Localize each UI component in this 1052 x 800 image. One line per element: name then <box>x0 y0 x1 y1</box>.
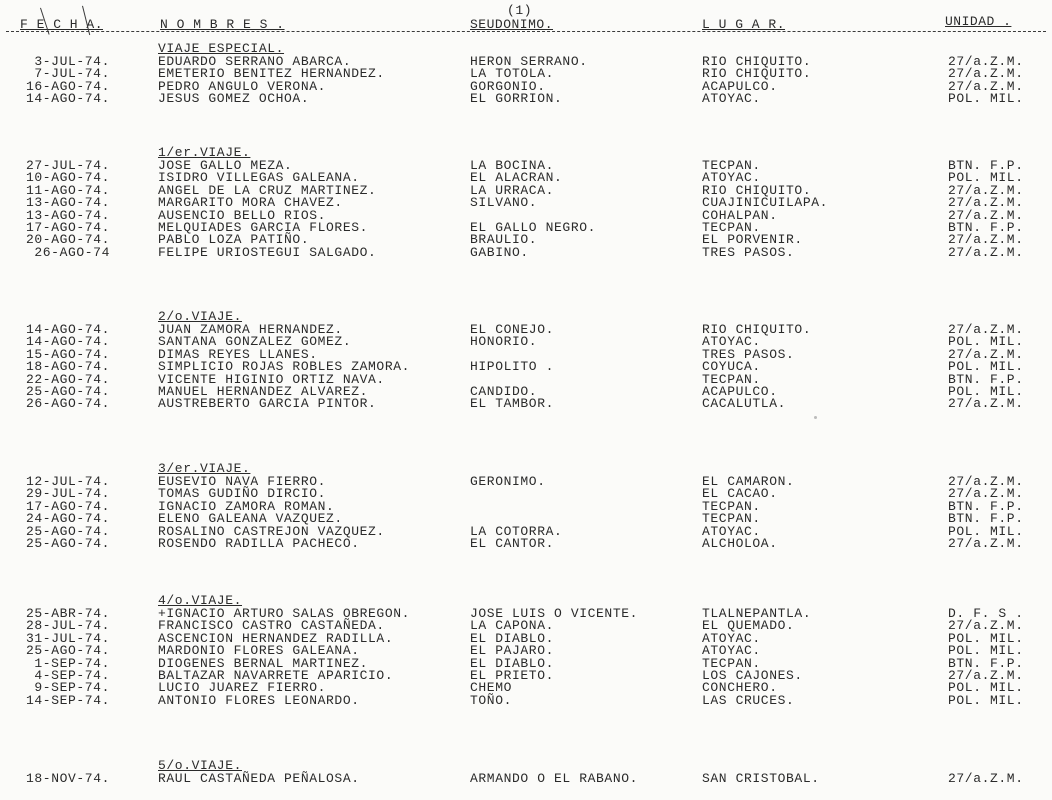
header-rule <box>6 31 1046 32</box>
unit-cell: POL. MIL. <box>948 694 1024 708</box>
table-row: 14-SEP-74.ANTONIO FLORES LEONARDO.TOÑO.L… <box>0 694 1052 708</box>
place-cell: ALCHOLOA. <box>702 537 778 551</box>
date-cell: 25-AGO-74. <box>26 537 110 551</box>
header-place: L U G A R. <box>702 17 785 32</box>
alias-cell: EL GORRION. <box>470 92 562 106</box>
place-cell: LAS CRUCES. <box>702 694 794 708</box>
name-cell: AUSTREBERTO GARCIA PINTOR. <box>158 397 376 411</box>
header-unit: UNIDAD . <box>945 14 1011 29</box>
table-row: 18-NOV-74.RAUL CASTAÑEDA PEÑALOSA.ARMAND… <box>0 772 1052 786</box>
table-row: 26-AGO-74FELIPE URIOSTEGUI SALGADO.GABIN… <box>0 246 1052 260</box>
place-cell: CACALUTLA. <box>702 397 786 411</box>
alias-cell: EL CANTOR. <box>470 537 554 551</box>
date-cell: 14-SEP-74. <box>26 694 110 708</box>
name-cell: RAUL CASTAÑEDA PEÑALOSA. <box>158 772 360 786</box>
table-row: 14-AGO-74.JESUS GOMEZ OCHOA.EL GORRION.A… <box>0 92 1052 106</box>
unit-cell: 27/a.Z.M. <box>948 246 1024 260</box>
table-row: 25-AGO-74.ROSENDO RADILLA PACHECO.EL CAN… <box>0 537 1052 551</box>
unit-cell: POL. MIL. <box>948 92 1024 106</box>
date-cell: 26-AGO-74 <box>34 246 110 260</box>
unit-cell: 27/a.Z.M. <box>948 397 1024 411</box>
place-cell: ATOYAC. <box>702 92 761 106</box>
alias-cell: GABINO. <box>470 246 529 260</box>
date-cell: 14-AGO-74. <box>26 92 110 106</box>
alias-cell: ARMANDO O EL RABANO. <box>470 772 638 786</box>
page-number: (1) <box>507 4 532 18</box>
place-cell: TRES PASOS. <box>702 246 794 260</box>
paper-speck <box>814 416 817 419</box>
header-alias: SEUDONIMO. <box>470 17 553 32</box>
unit-cell: 27/a.Z.M. <box>948 772 1024 786</box>
alias-cell: EL TAMBOR. <box>470 397 554 411</box>
typewritten-document-page: (1) F E C H A. N O M B R E S . SEUDONIMO… <box>0 0 1052 800</box>
name-cell: FELIPE URIOSTEGUI SALGADO. <box>158 246 376 260</box>
alias-cell: TOÑO. <box>470 694 512 708</box>
header-date: F E C H A. <box>20 17 103 32</box>
table-row: 26-AGO-74.AUSTREBERTO GARCIA PINTOR.EL T… <box>0 397 1052 411</box>
date-cell: 26-AGO-74. <box>26 397 110 411</box>
name-cell: ROSENDO RADILLA PACHECO. <box>158 537 360 551</box>
name-cell: JESUS GOMEZ OCHOA. <box>158 92 309 106</box>
unit-cell: 27/a.Z.M. <box>948 537 1024 551</box>
place-cell: SAN CRISTOBAL. <box>702 772 820 786</box>
name-cell: ANTONIO FLORES LEONARDO. <box>158 694 360 708</box>
date-cell: 18-NOV-74. <box>26 772 110 786</box>
header-names: N O M B R E S . <box>160 17 285 32</box>
